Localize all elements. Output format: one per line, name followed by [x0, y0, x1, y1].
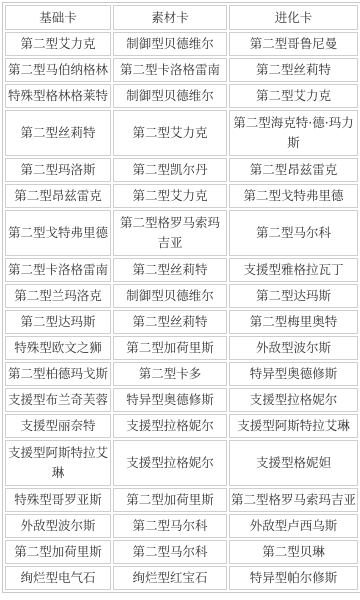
evolved-card-cell: 外敌型卢西乌斯	[229, 514, 358, 538]
base-card-cell: 特殊型欧文之狮	[5, 336, 111, 360]
material-card-cell: 绚烂型红宝石	[113, 566, 227, 590]
card-evolution-table-container: 基础卡 素材卡 进化卡 第二型艾力克制御型贝德维尔第二型哥鲁尼曼第二型马伯纳格林…	[2, 2, 357, 593]
table-row: 第二型达玛斯第二型丝莉特第二型梅里奥特	[5, 310, 358, 334]
material-card-cell: 第二型马尔科	[113, 540, 227, 564]
card-evolution-table: 基础卡 素材卡 进化卡 第二型艾力克制御型贝德维尔第二型哥鲁尼曼第二型马伯纳格林…	[2, 2, 360, 593]
base-card-cell: 特殊型格林格莱特	[5, 84, 111, 108]
table-row: 支援型阿斯特拉艾琳支援型拉格妮尔支援型格妮妲	[5, 440, 358, 486]
material-card-cell: 第二型加荷里斯	[113, 488, 227, 512]
evolved-card-cell: 第二型贝琳	[229, 540, 358, 564]
evolved-card-cell: 支援型雅格拉瓦丁	[229, 258, 358, 282]
material-card-cell: 制御型贝德维尔	[113, 84, 227, 108]
evolved-card-cell: 第二型戈特弗里德	[229, 184, 358, 208]
evolved-card-cell: 特异型帕尔修斯	[229, 566, 358, 590]
evolved-card-cell: 支援型阿斯特拉艾琳	[229, 414, 358, 438]
evolved-card-cell: 第二型海克特·德·玛力斯	[229, 110, 358, 156]
table-row: 外敌型波尔斯第二型马尔科外敌型卢西乌斯	[5, 514, 358, 538]
material-card-cell: 第二型艾力克	[113, 110, 227, 156]
table-row: 第二型艾力克制御型贝德维尔第二型哥鲁尼曼	[5, 32, 358, 56]
evolved-card-cell: 第二型艾力克	[229, 84, 358, 108]
base-card-cell: 支援型布兰奇芙蓉	[5, 388, 111, 412]
base-card-cell: 第二型丝莉特	[5, 110, 111, 156]
evolved-card-cell: 特异型奥德修斯	[229, 362, 358, 386]
base-card-cell: 第二型马伯纳格林	[5, 58, 111, 82]
evolved-card-cell: 第二型梅里奥特	[229, 310, 358, 334]
base-card-cell: 外敌型波尔斯	[5, 514, 111, 538]
base-card-cell: 第二型艾力克	[5, 32, 111, 56]
table-row: 第二型丝莉特第二型艾力克第二型海克特·德·玛力斯	[5, 110, 358, 156]
material-card-cell: 制御型贝德维尔	[113, 32, 227, 56]
material-card-cell: 第二型卡多	[113, 362, 227, 386]
material-card-cell: 第二型马尔科	[113, 514, 227, 538]
evolved-card-cell: 第二型丝莉特	[229, 58, 358, 82]
base-card-cell: 第二型昂兹雷克	[5, 184, 111, 208]
material-card-cell: 制御型贝德维尔	[113, 284, 227, 308]
evolved-card-cell: 第二型马尔科	[229, 210, 358, 256]
evolved-card-cell: 第二型格罗马索玛吉亚	[229, 488, 358, 512]
table-row: 特殊型哥罗亚斯第二型加荷里斯第二型格罗马索玛吉亚	[5, 488, 358, 512]
base-card-cell: 第二型加荷里斯	[5, 540, 111, 564]
table-row: 绚烂型电气石绚烂型红宝石特异型帕尔修斯	[5, 566, 358, 590]
material-card-cell: 第二型丝莉特	[113, 258, 227, 282]
table-row: 支援型布兰奇芙蓉特异型奥德修斯支援型拉格妮尔	[5, 388, 358, 412]
base-card-cell: 第二型卡洛格雷南	[5, 258, 111, 282]
table-body: 第二型艾力克制御型贝德维尔第二型哥鲁尼曼第二型马伯纳格林第二型卡洛格雷南第二型丝…	[5, 32, 358, 590]
material-card-cell: 第二型加荷里斯	[113, 336, 227, 360]
table-row: 第二型昂兹雷克第二型艾力克第二型戈特弗里德	[5, 184, 358, 208]
evolved-card-cell: 支援型拉格妮尔	[229, 388, 358, 412]
evolved-card-cell: 第二型昂兹雷克	[229, 158, 358, 182]
evolved-card-cell: 外敌型波尔斯	[229, 336, 358, 360]
header-evolved-card: 进化卡	[229, 5, 358, 30]
table-row: 第二型柏德玛戈斯第二型卡多特异型奥德修斯	[5, 362, 358, 386]
base-card-cell: 第二型兰玛洛克	[5, 284, 111, 308]
table-row: 支援型丽奈特支援型拉格妮尔支援型阿斯特拉艾琳	[5, 414, 358, 438]
header-material-card: 素材卡	[113, 5, 227, 30]
material-card-cell: 第二型卡洛格雷南	[113, 58, 227, 82]
material-card-cell: 第二型凯尔丹	[113, 158, 227, 182]
base-card-cell: 第二型戈特弗里德	[5, 210, 111, 256]
material-card-cell: 支援型拉格妮尔	[113, 414, 227, 438]
table-row: 第二型卡洛格雷南第二型丝莉特支援型雅格拉瓦丁	[5, 258, 358, 282]
base-card-cell: 第二型玛洛斯	[5, 158, 111, 182]
table-header-row: 基础卡 素材卡 进化卡	[5, 5, 358, 30]
header-base-card: 基础卡	[5, 5, 111, 30]
base-card-cell: 第二型达玛斯	[5, 310, 111, 334]
table-row: 第二型马伯纳格林第二型卡洛格雷南第二型丝莉特	[5, 58, 358, 82]
table-row: 特殊型格林格莱特制御型贝德维尔第二型艾力克	[5, 84, 358, 108]
table-row: 特殊型欧文之狮第二型加荷里斯外敌型波尔斯	[5, 336, 358, 360]
table-row: 第二型戈特弗里德第二型格罗马索玛吉亚第二型马尔科	[5, 210, 358, 256]
base-card-cell: 特殊型哥罗亚斯	[5, 488, 111, 512]
evolved-card-cell: 支援型格妮妲	[229, 440, 358, 486]
evolved-card-cell: 第二型达玛斯	[229, 284, 358, 308]
table-row: 第二型兰玛洛克制御型贝德维尔第二型达玛斯	[5, 284, 358, 308]
table-row: 第二型玛洛斯第二型凯尔丹第二型昂兹雷克	[5, 158, 358, 182]
material-card-cell: 第二型格罗马索玛吉亚	[113, 210, 227, 256]
table-row: 第二型加荷里斯第二型马尔科第二型贝琳	[5, 540, 358, 564]
base-card-cell: 支援型阿斯特拉艾琳	[5, 440, 111, 486]
evolved-card-cell: 第二型哥鲁尼曼	[229, 32, 358, 56]
material-card-cell: 支援型拉格妮尔	[113, 440, 227, 486]
base-card-cell: 支援型丽奈特	[5, 414, 111, 438]
material-card-cell: 第二型艾力克	[113, 184, 227, 208]
base-card-cell: 绚烂型电气石	[5, 566, 111, 590]
base-card-cell: 第二型柏德玛戈斯	[5, 362, 111, 386]
material-card-cell: 第二型丝莉特	[113, 310, 227, 334]
material-card-cell: 特异型奥德修斯	[113, 388, 227, 412]
